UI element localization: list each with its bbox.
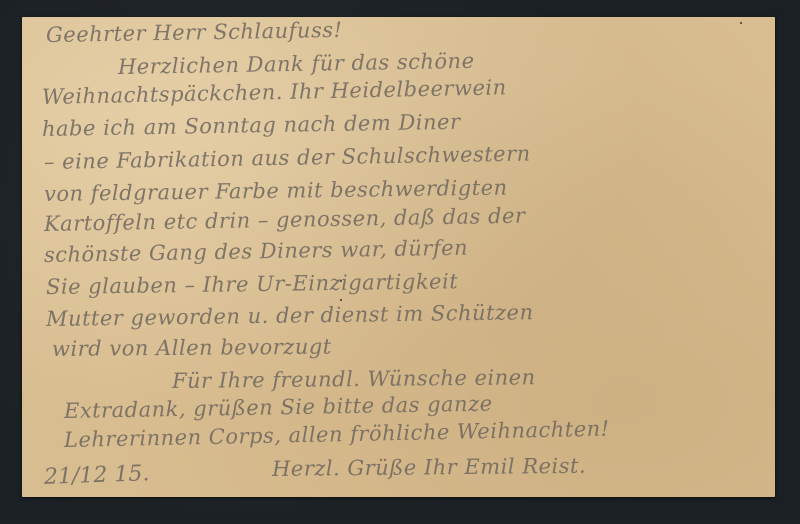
date-line: 21/12 15.: [44, 461, 150, 490]
text-line-9: Sie glauben – Ihre Ur-Einzigartigkeit: [46, 269, 459, 299]
salutation-line: Geehrter Herr Schlaufuss!: [46, 18, 343, 47]
text-line-7: Kartoffeln etc drin – genossen, daß das …: [44, 204, 526, 236]
speck: [340, 299, 342, 301]
signature-line: Herzl. Grüße Ihr Emil Reist.: [272, 454, 586, 481]
text-line-3: Weihnachtspäckchen. Ihr Heidelbeerwein: [42, 75, 507, 109]
text-line-14: Lehrerinnen Corps, allen fröhliche Weihn…: [64, 417, 610, 452]
speck: [340, 280, 342, 282]
text-line-12: Für Ihre freundl. Wünsche einen: [172, 365, 536, 393]
text-line-10: Mutter geworden u. der dienst im Schütze…: [46, 300, 534, 331]
text-line-8: schönste Gang des Diners war, dürfen: [44, 236, 468, 267]
text-line-6: von feldgrauer Farbe mit beschwerdigten: [44, 176, 508, 206]
speck: [740, 22, 742, 24]
text-line-11: wird von Allen bevorzugt: [52, 335, 332, 361]
text-line-2: Herzlichen Dank für das schöne: [118, 49, 475, 79]
text-line-4: habe ich am Sonntag nach dem Diner: [42, 110, 461, 141]
text-line-5: – eine Fabrikation aus der Schulschweste…: [44, 142, 531, 174]
postcard: Geehrter Herr Schlaufuss! Herzlichen Dan…: [22, 17, 775, 497]
text-line-13: Extradank, grüßen Sie bitte das ganze: [64, 392, 493, 423]
